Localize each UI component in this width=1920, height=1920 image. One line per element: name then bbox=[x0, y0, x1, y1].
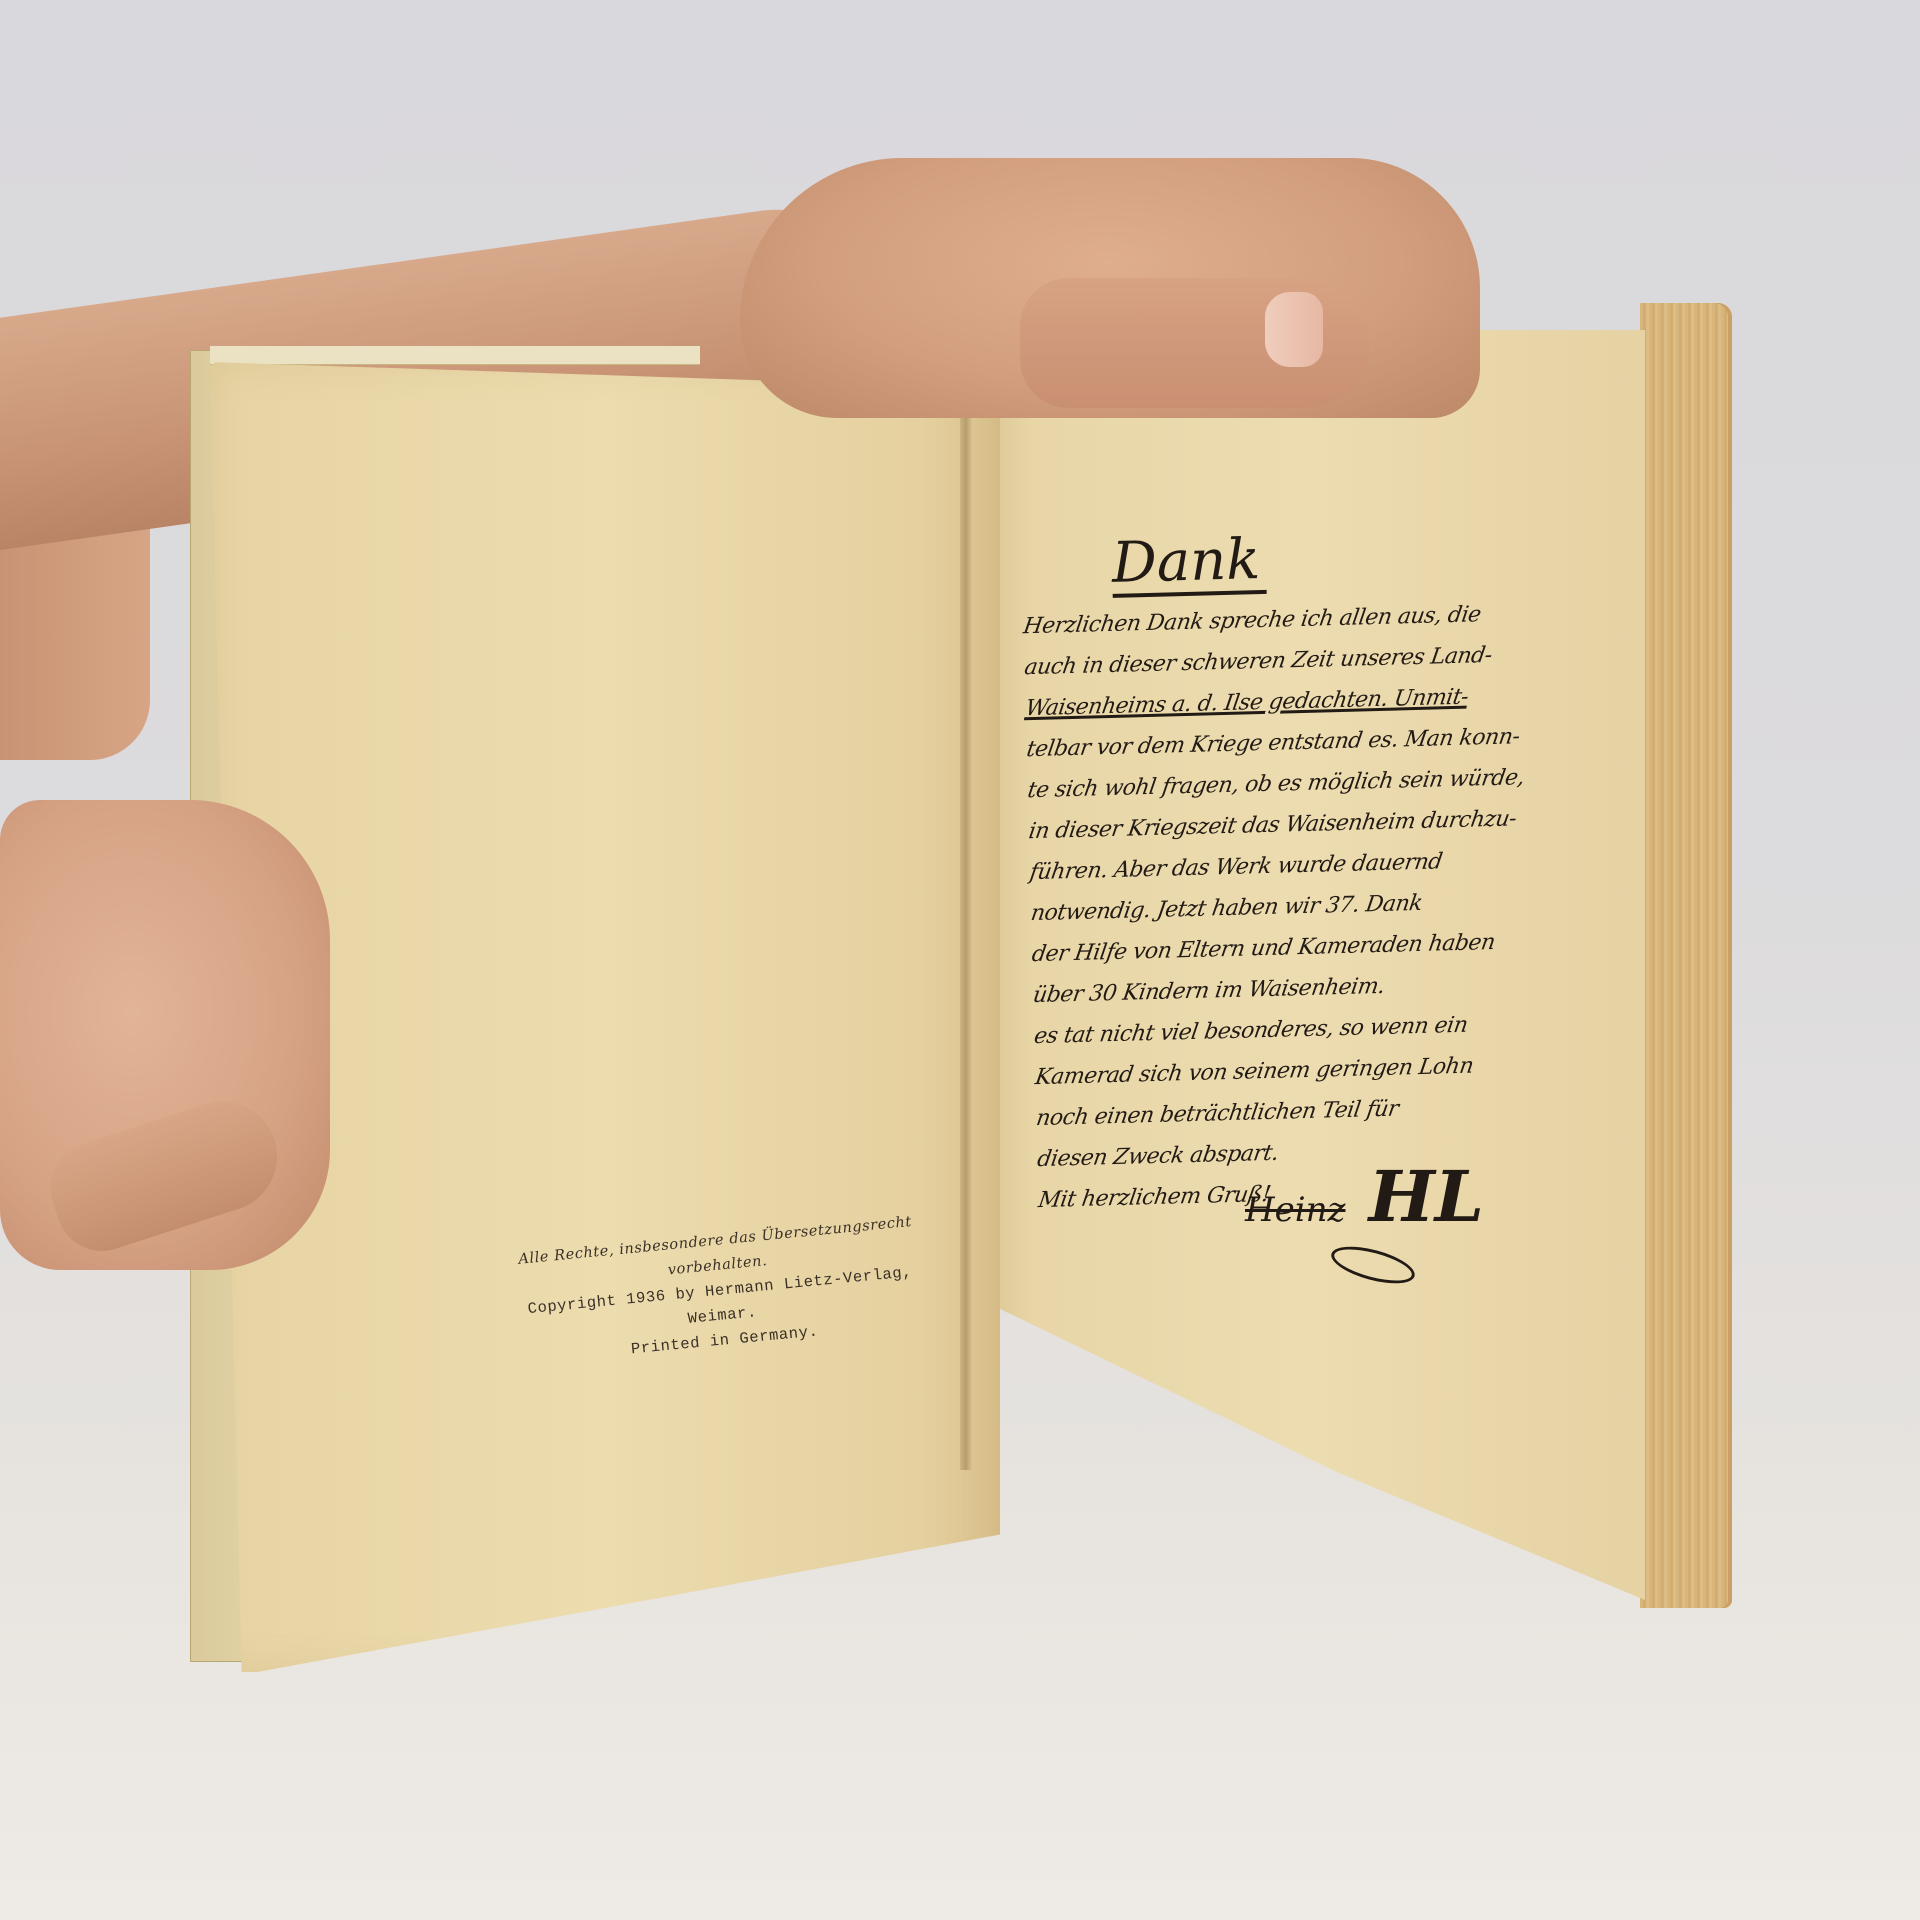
book-gutter bbox=[960, 360, 972, 1470]
thumbnail bbox=[1265, 292, 1323, 367]
signature: Heinz HL bbox=[1245, 1155, 1484, 1238]
letter-title: Dank bbox=[1111, 530, 1267, 598]
book-flyleaf bbox=[210, 346, 700, 365]
signature-mark: HL bbox=[1369, 1155, 1484, 1238]
handwritten-letter: Dank Herzlichen Dank spreche ich allen a… bbox=[1021, 524, 1509, 1221]
letter-body: Herzlichen Dank spreche ich allen aus, d… bbox=[1023, 594, 1509, 1221]
book-fore-edge bbox=[1640, 303, 1732, 1608]
signature-name: Heinz bbox=[1245, 1190, 1345, 1230]
